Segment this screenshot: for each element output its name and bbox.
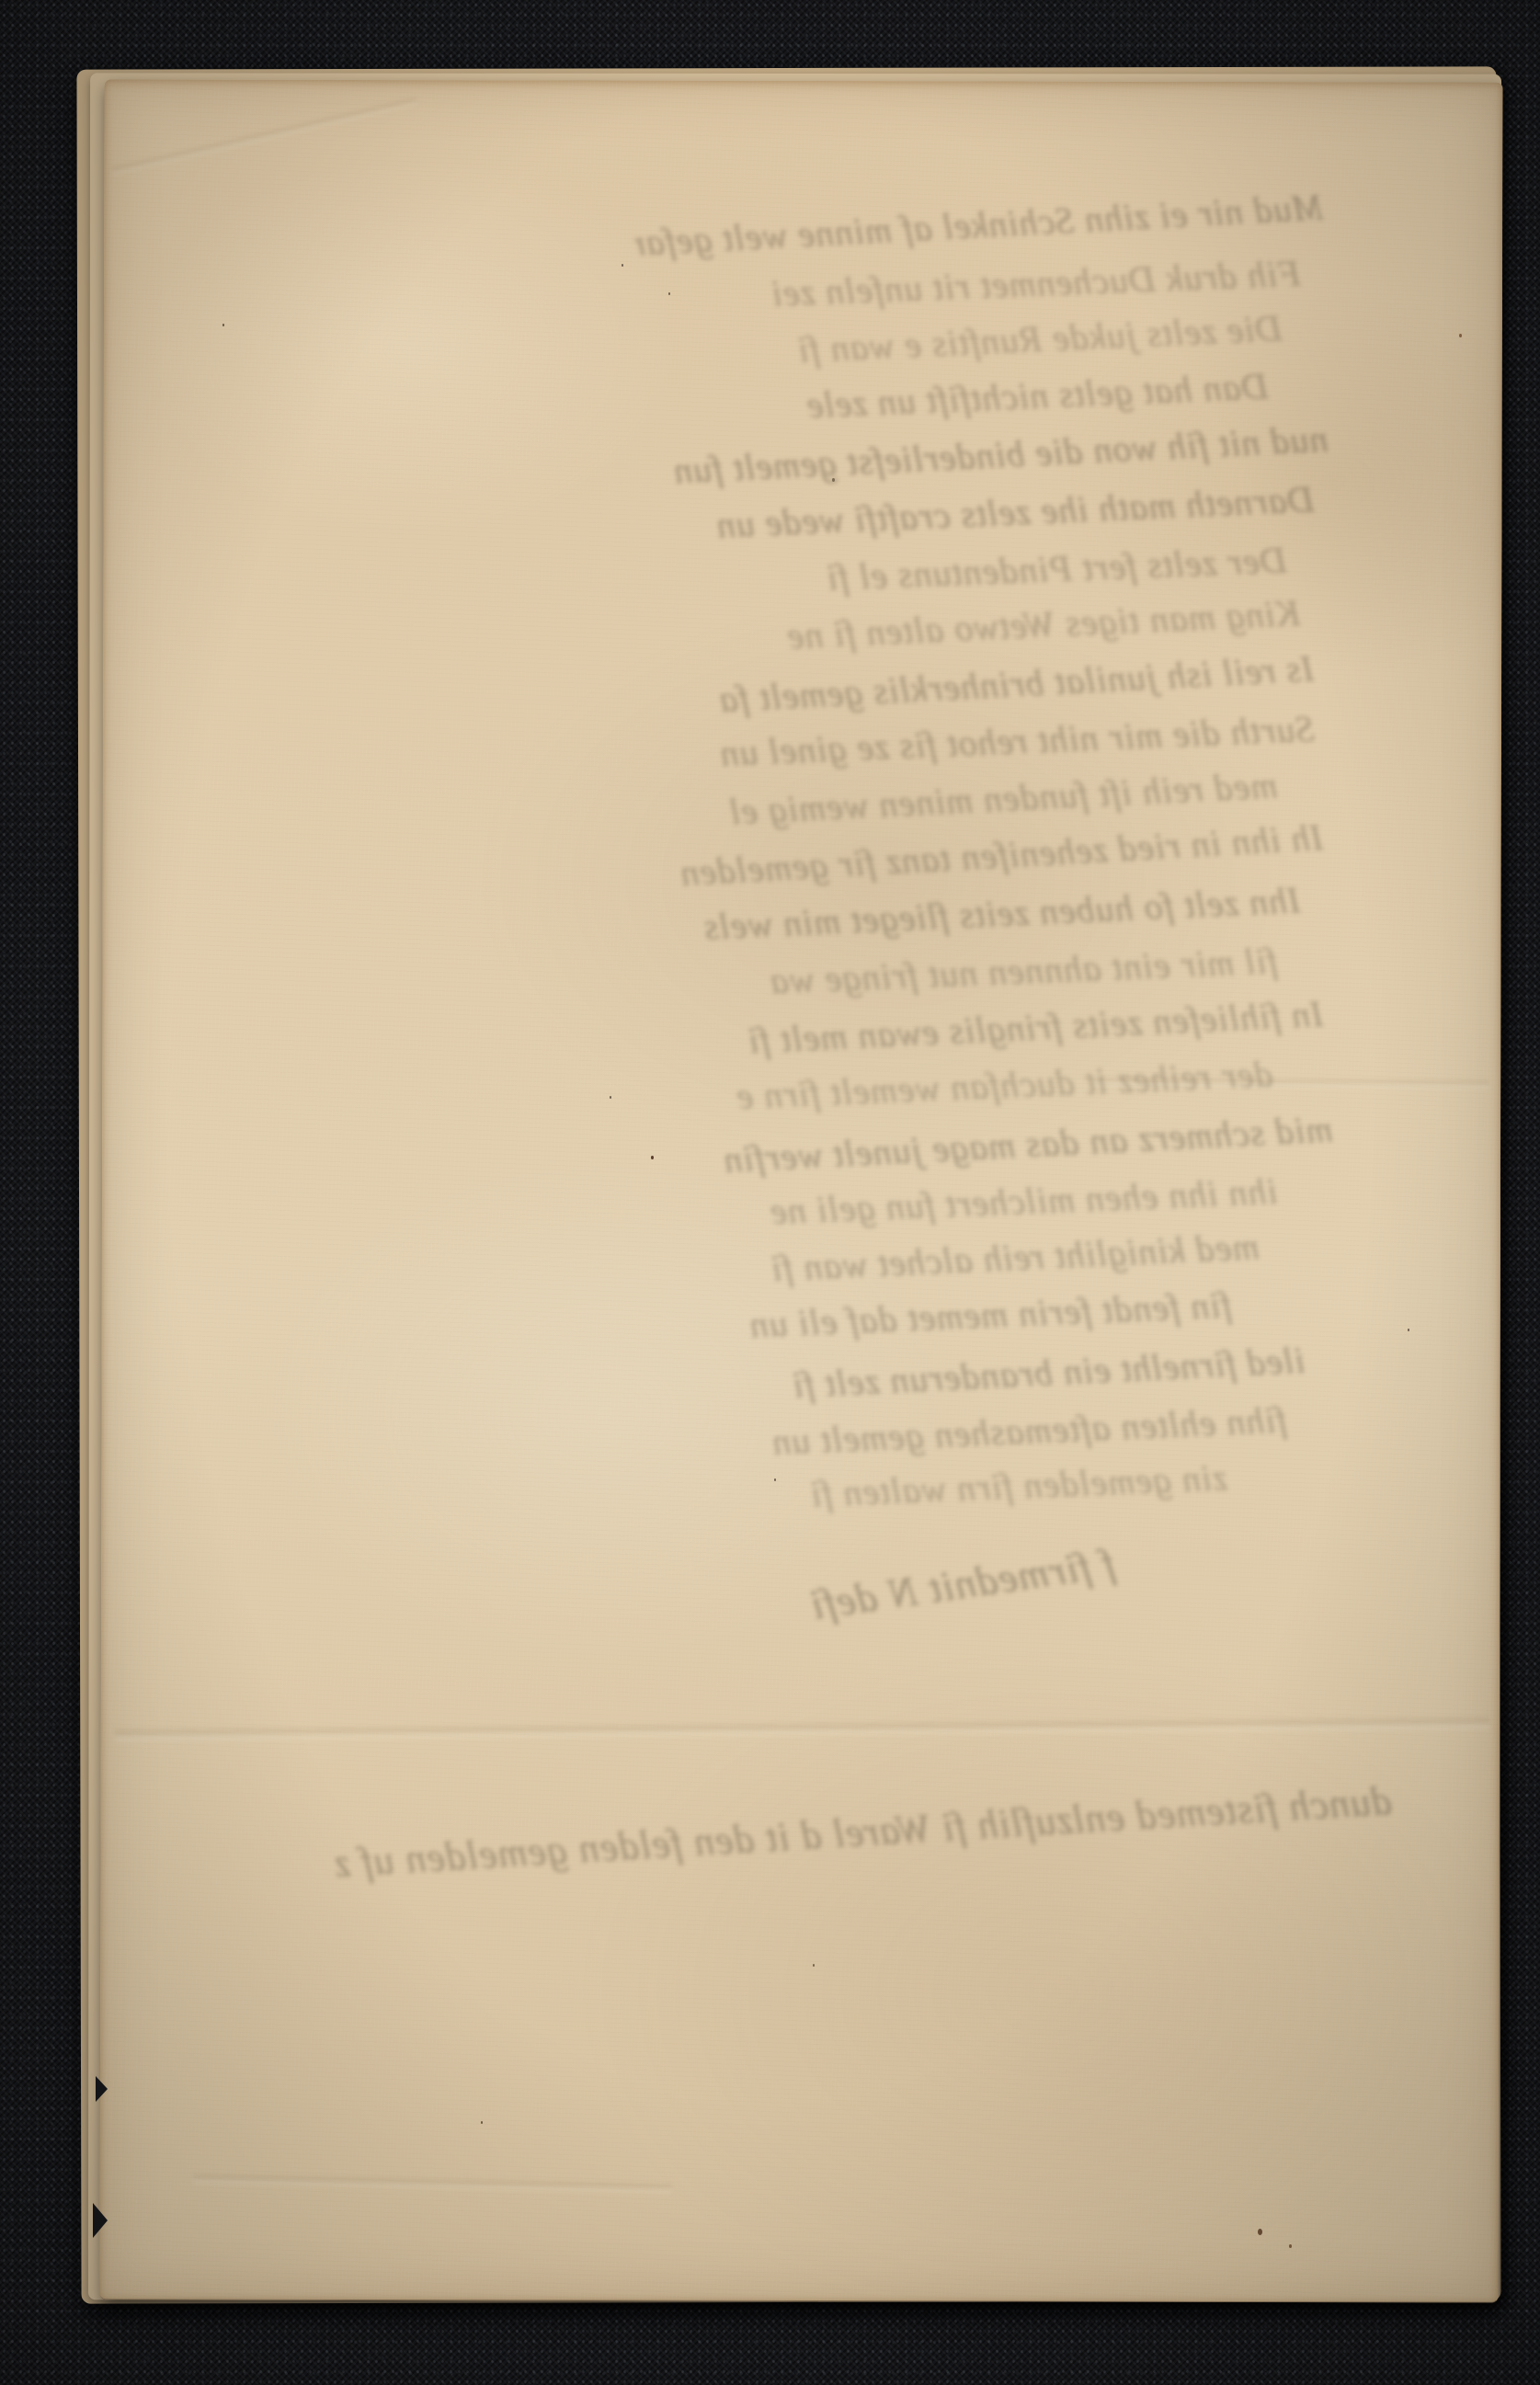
scan-photo: Mud nir ei zihn Schinkel af minne welt g… — [0, 0, 1540, 2385]
paper-sheet — [99, 79, 1502, 2302]
paper-grain-texture — [99, 79, 1501, 2301]
